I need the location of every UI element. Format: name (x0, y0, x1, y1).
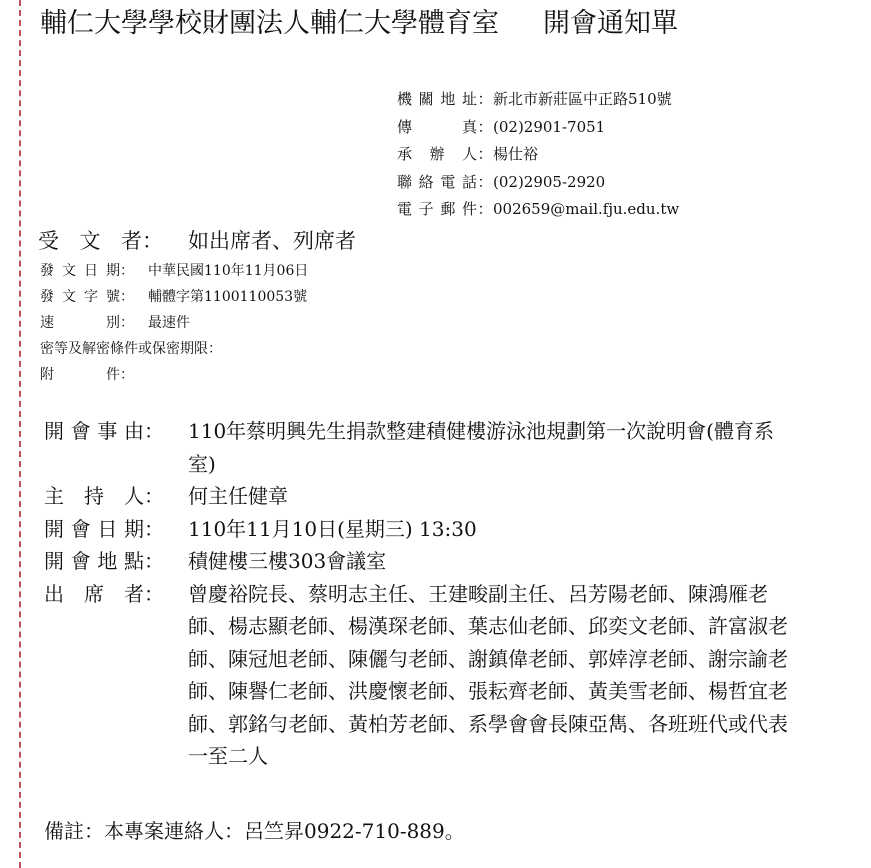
note-value: 本專案連絡人：呂竺昇0922-710-889。 (104, 819, 465, 843)
recipient-row: 受文者 ： 如出席者、列席者 (38, 225, 356, 257)
binding-dashed-line (19, 0, 21, 868)
meeting-attendees-label: 出席者 (44, 578, 144, 773)
issue-date-label: 發文日期 (40, 258, 120, 284)
meeting-location-value: 積健樓三樓303會議室 (188, 545, 808, 578)
org-phone-value: (02)2905-2920 (493, 169, 605, 197)
org-address-value: 新北市新莊區中正路510號 (493, 86, 672, 114)
title-org: 輔仁大學學校財團法人輔仁大學體育室 (40, 8, 499, 39)
org-handler-label: 承辦人 (397, 141, 477, 169)
meeting-reason-value: 110年蔡明興先生捐款整建積健樓游泳池規劃第一次說明會(體育系室) (188, 415, 788, 480)
meta-block: 發文日期 ： 中華民國110年11月06日 發文字號 ： 輔體字第1100110… (40, 258, 308, 388)
attachment-row: 附件 ： (40, 362, 308, 388)
recipient-value: 如出席者、列席者 (188, 225, 356, 257)
issue-number-value: 輔體字第1100110053號 (148, 284, 307, 310)
meeting-date-label: 開會日期 (44, 513, 144, 546)
org-fax-row: 傳真 ： (02)2901-7051 (397, 114, 679, 142)
title-type: 開會通知單 (543, 8, 678, 39)
org-email-label: 電子郵件 (397, 196, 477, 224)
classification-label: 密等及解密條件或保密期限 (40, 336, 208, 362)
meeting-attendees-value: 曾慶裕院長、蔡明志主任、王建畯副主任、呂芳陽老師、陳鴻雁老師、楊志顯老師、楊漢琛… (188, 578, 798, 773)
meeting-host-value: 何主任健章 (188, 480, 808, 513)
org-fax-label: 傳真 (397, 114, 477, 142)
attachment-label: 附件 (40, 362, 120, 388)
org-email-row: 電子郵件 ： 002659@mail.fju.edu.tw (397, 196, 679, 224)
issue-number-label: 發文字號 (40, 284, 120, 310)
meeting-details: 開會事由 ： 110年蔡明興先生捐款整建積健樓游泳池規劃第一次說明會(體育系室)… (44, 415, 808, 773)
meeting-location-row: 開會地點 ： 積健樓三樓303會議室 (44, 545, 808, 578)
org-handler-row: 承辦人 ： 楊仕裕 (397, 141, 679, 169)
urgency-row: 速別 ： 最速件 (40, 310, 308, 336)
org-address-label: 機關地址 (397, 86, 477, 114)
org-phone-row: 聯絡電話 ： (02)2905-2920 (397, 169, 679, 197)
meeting-host-label: 主持人 (44, 480, 144, 513)
issue-date-value: 中華民國110年11月06日 (148, 258, 308, 284)
recipient-label: 受文者 (38, 225, 142, 257)
org-info-block: 機關地址 ： 新北市新莊區中正路510號 傳真 ： (02)2901-7051 … (397, 86, 679, 224)
document-title: 輔仁大學學校財團法人輔仁大學體育室開會通知單 (40, 4, 678, 44)
org-address-row: 機關地址 ： 新北市新莊區中正路510號 (397, 86, 679, 114)
meeting-location-label: 開會地點 (44, 545, 144, 578)
issue-number-row: 發文字號 ： 輔體字第1100110053號 (40, 284, 308, 310)
issue-date-row: 發文日期 ： 中華民國110年11月06日 (40, 258, 308, 284)
note-label: 備註： (44, 819, 104, 843)
urgency-label: 速別 (40, 310, 120, 336)
meeting-reason-row: 開會事由 ： 110年蔡明興先生捐款整建積健樓游泳池規劃第一次說明會(體育系室) (44, 415, 808, 480)
meeting-reason-label: 開會事由 (44, 415, 144, 480)
org-fax-value: (02)2901-7051 (493, 114, 605, 142)
urgency-value: 最速件 (148, 310, 190, 336)
classification-row: 密等及解密條件或保密期限 ： (40, 336, 308, 362)
note-row: 備註：本專案連絡人：呂竺昇0922-710-889。 (44, 815, 465, 847)
org-email-value[interactable]: 002659@mail.fju.edu.tw (493, 196, 679, 224)
org-handler-value: 楊仕裕 (493, 141, 538, 169)
meeting-host-row: 主持人 ： 何主任健章 (44, 480, 808, 513)
org-phone-label: 聯絡電話 (397, 169, 477, 197)
meeting-date-row: 開會日期 ： 110年11月10日(星期三) 13:30 (44, 513, 808, 546)
meeting-attendees-row: 出席者 ： 曾慶裕院長、蔡明志主任、王建畯副主任、呂芳陽老師、陳鴻雁老師、楊志顯… (44, 578, 808, 773)
meeting-date-value: 110年11月10日(星期三) 13:30 (188, 513, 808, 546)
